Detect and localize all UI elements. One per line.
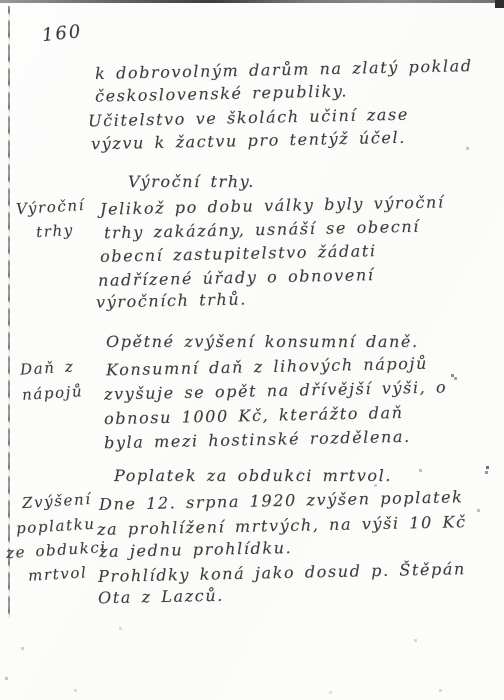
- intro-line: výzvu k žactvu pro tentýž účel.: [91, 128, 406, 155]
- body-line: zvyšuje se opět na dřívější výši, o: [104, 377, 448, 404]
- body-line: výročních trhů.: [96, 289, 247, 312]
- body-line: trhy zakázány, usnáší se obecní: [104, 217, 420, 244]
- intro-line: československé republiky.: [95, 81, 348, 106]
- section-heading: Poplatek za obdukci mrtvol.: [114, 466, 392, 486]
- body-line: obecní zastupitelstvo žádati: [100, 241, 377, 267]
- margin-note-line: ze obdukci: [5, 537, 107, 563]
- body-line: Jelikož po dobu války byly výroční: [100, 192, 445, 219]
- body-line: za prohlížení mrtvých, na výši 10 Kč: [97, 512, 467, 540]
- intro-line: k dobrovolným darům na zlatý poklad: [95, 56, 473, 84]
- page-number: 160: [41, 22, 83, 46]
- margin-note-line: trhy: [35, 220, 74, 242]
- paper-specks: [0, 0, 1, 1]
- margin-note-line: Výroční: [15, 195, 85, 219]
- scanned-chronicle-page: 160 k dobrovolným darům na zlatý poklad …: [0, 0, 504, 700]
- body-line: Prohlídky koná jako dosud p. Štěpán: [98, 559, 466, 587]
- section-heading: Opětné zvýšení konsumní daně.: [106, 332, 419, 352]
- scan-corner-mark: [495, 0, 504, 8]
- margin-note-line: Zvýšení: [21, 489, 92, 513]
- margin-note-line: mrtvol: [27, 562, 87, 586]
- margin-note-line: nápojů: [21, 381, 83, 405]
- margin-note-line: poplatku: [15, 514, 96, 539]
- body-line: Ota z Lazců.: [98, 586, 224, 609]
- body-line: Konsumní daň z lihových nápojů: [106, 354, 428, 381]
- body-line: nadřízené úřady o obnovení: [98, 265, 375, 291]
- scan-top-edge: [0, 0, 504, 3]
- body-line: Dne 12. srpna 1920 zvýšen poplatek: [99, 487, 464, 515]
- section-heading: Výroční trhy.: [128, 172, 255, 192]
- body-line: obnosu 1000 Kč, kterážto daň: [104, 403, 404, 429]
- page-binding-edge-line: [8, 6, 10, 618]
- body-line: byla mezi hostinské rozdělena.: [104, 427, 411, 453]
- margin-note-line: Daň z: [19, 356, 74, 379]
- body-line: za jednu prohlídku.: [99, 538, 293, 562]
- intro-line: Učitelstvo ve školách učiní zase: [88, 105, 409, 132]
